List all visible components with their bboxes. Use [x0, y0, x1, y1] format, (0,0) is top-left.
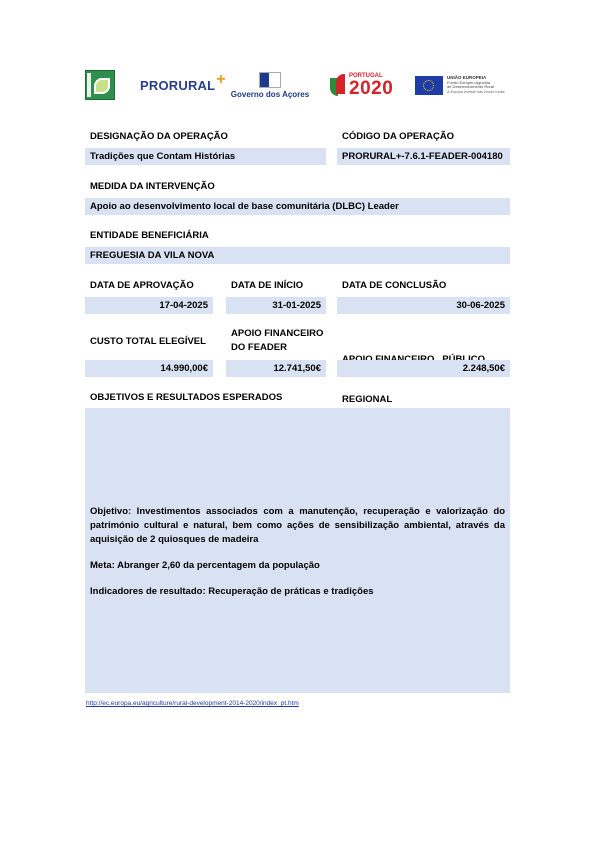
governo-acores-logo: Governo dos Açores	[230, 68, 310, 102]
apoio-regional-value: 2.248,50€	[337, 360, 510, 377]
data-conclusao-label: DATA DE CONCLUSÃO	[342, 279, 446, 292]
data-aprovacao-label: DATA DE APROVAÇÃO	[90, 279, 194, 292]
pt2020-text: 2020	[349, 79, 393, 98]
codigo-label: CÓDIGO DA OPERAÇÃO	[342, 130, 454, 143]
eu-flag-icon	[415, 76, 443, 95]
acores-text: Governo dos Açores	[231, 90, 309, 99]
entidade-label: ENTIDADE BENEFICIÁRIA	[90, 229, 209, 242]
logo-bar: PRORURAL+ Governo dos Açores PORTUGAL 20…	[85, 68, 510, 102]
designacao-label: DESIGNAÇÃO DA OPERAÇÃO	[90, 130, 228, 143]
custo-total-value: 14.990,00€	[85, 360, 213, 377]
data-aprovacao-value: 17-04-2025	[85, 297, 213, 314]
medida-label: MEDIDA DA INTERVENÇÃO	[90, 180, 215, 193]
objetivos-label: OBJETIVOS E RESULTADOS ESPERADOS	[90, 391, 282, 404]
custo-total-label: CUSTO TOTAL ELEGÍVEL	[90, 335, 206, 348]
apoio-feader-label: APOIO FINANCEIRO DO FEADER	[231, 327, 323, 354]
apoio-feader-label-line1: APOIO FINANCEIRO	[231, 327, 323, 340]
data-inicio-label: DATA DE INÍCIO	[231, 279, 303, 292]
indicadores-text: Indicadores de resultado: Recuperação de…	[90, 585, 505, 599]
data-inicio-value: 31-01-2025	[226, 297, 326, 314]
acores-flag-icon	[259, 72, 281, 88]
portugal-mark-icon	[330, 74, 346, 96]
meta-text: Meta: Abranger 2,60 da percentagem da po…	[90, 559, 505, 573]
codigo-value: PRORURAL+-7.6.1-FEADER-004180	[337, 148, 510, 165]
objetivo-text: Objetivo: Investimentos associados com a…	[90, 505, 505, 547]
data-conclusao-value: 30-06-2025	[337, 297, 510, 314]
entidade-value: FREGUESIA DA VILA NOVA	[85, 247, 510, 264]
apoio-regional-label-line2: REGIONAL	[342, 393, 485, 406]
leader-band-icon	[87, 73, 91, 97]
leader-logo	[85, 70, 115, 100]
portugal-2020-logo: PORTUGAL 2020	[330, 68, 410, 102]
designacao-value: Tradições que Contam Histórias	[85, 148, 326, 165]
leaf-icon	[94, 78, 110, 94]
prorural-logo: PRORURAL+	[140, 68, 226, 102]
objetivos-box: Objetivo: Investimentos associados com a…	[85, 408, 510, 693]
medida-value: Apoio ao desenvolvimento local de base c…	[85, 198, 510, 215]
ue-slogan: A Europa investe nas zonas rurais	[447, 90, 505, 94]
apoio-feader-value: 12.741,50€	[226, 360, 326, 377]
apoio-feader-label-line2: DO FEADER	[231, 341, 323, 354]
footer-link[interactable]: http://ec.europa.eu/agriculture/rural-de…	[86, 700, 299, 707]
prorural-text: PRORURAL	[140, 78, 215, 93]
plus-icon: +	[216, 71, 226, 89]
uniao-europeia-logo: UNIÃO EUROPEIA Fundo Europeu Agrícola de…	[415, 68, 510, 102]
